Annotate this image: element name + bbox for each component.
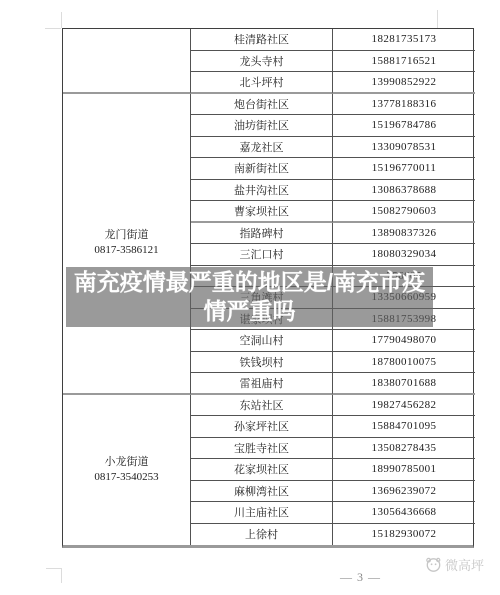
phone-cell: 15884701095 <box>333 416 475 438</box>
community-cell: 炮台街社区 <box>191 94 333 116</box>
community-cell: 川主庙社区 <box>191 502 333 524</box>
community-cell: 南新街社区 <box>191 158 333 180</box>
street-name: 龙门街道 <box>105 228 149 243</box>
community-cell: 雷祖庙村 <box>191 373 333 395</box>
street-phone: 0817-3586121 <box>94 243 158 258</box>
community-cell: 北斗坪村 <box>191 72 333 94</box>
caption-line1: 南充疫情最严重的地区是/南充市疫 <box>66 268 433 297</box>
margin-mark-bottom-left-v <box>61 568 62 583</box>
phone-cell: 13508278435 <box>333 438 475 460</box>
caption-line2: 情严重吗 <box>66 297 433 326</box>
phone-cell: 19827456282 <box>333 395 475 417</box>
street-phone: 0817-3540253 <box>94 470 158 485</box>
community-cell: 上徐村 <box>191 524 333 546</box>
community-cell: 铁钱坝村 <box>191 352 333 374</box>
community-cell: 桂清路社区 <box>191 29 333 51</box>
community-cell: 盐井沟社区 <box>191 180 333 202</box>
street-cell: 龙门街道0817-3586121 <box>63 94 191 395</box>
margin-mark-top-left-v <box>61 12 62 28</box>
community-cell: 东站社区 <box>191 395 333 417</box>
caption-overlay: 南充疫情最严重的地区是/南充市疫 情严重吗 <box>66 267 433 327</box>
phone-cell: 13990852922 <box>333 72 475 94</box>
community-cell: 龙头寺村 <box>191 51 333 73</box>
phone-cell: 18990785001 <box>333 459 475 481</box>
community-cell: 麻柳湾社区 <box>191 481 333 503</box>
street-name: 小龙街道 <box>105 455 149 470</box>
watermark-label: 微高坪 <box>445 555 484 574</box>
page-number: — 3 — <box>340 570 381 585</box>
phone-cell: 15082790603 <box>333 201 475 223</box>
margin-mark-top-right-v <box>437 10 438 28</box>
phone-cell: 13890837326 <box>333 223 475 245</box>
watermark: 微高坪 <box>425 555 484 574</box>
community-cell: 空洞山村 <box>191 330 333 352</box>
phone-cell: 15196784786 <box>333 115 475 137</box>
phone-cell: 18281735173 <box>333 29 475 51</box>
phone-cell: 15881716521 <box>333 51 475 73</box>
margin-mark-top-left-h <box>45 28 61 29</box>
phone-cell: 13696239072 <box>333 481 475 503</box>
phone-cell: 18780010075 <box>333 352 475 374</box>
community-cell: 嘉龙社区 <box>191 137 333 159</box>
phone-cell: 15182930072 <box>333 524 475 546</box>
community-cell: 油坊街社区 <box>191 115 333 137</box>
phone-cell: 13086378688 <box>333 180 475 202</box>
phone-cell: 13309078531 <box>333 137 475 159</box>
phone-cell: 15196770011 <box>333 158 475 180</box>
phone-cell: 17790498070 <box>333 330 475 352</box>
street-cell: 小龙街道0817-3540253 <box>63 395 191 546</box>
community-cell: 曹家坝社区 <box>191 201 333 223</box>
phone-cell: 18380701688 <box>333 373 475 395</box>
phone-cell: 18080329034 <box>333 244 475 266</box>
document-page: 桂清路社区18281735173龙头寺村15881716521北斗坪村13990… <box>0 0 500 595</box>
phone-cell: 13778188316 <box>333 94 475 116</box>
community-cell: 宝胜寺社区 <box>191 438 333 460</box>
community-cell: 花家坝社区 <box>191 459 333 481</box>
phone-cell: 13056436668 <box>333 502 475 524</box>
street-cell <box>63 29 191 94</box>
community-cell: 孙家坪社区 <box>191 416 333 438</box>
community-cell: 三汇口村 <box>191 244 333 266</box>
community-cell: 指路碑村 <box>191 223 333 245</box>
margin-mark-bottom-left-h <box>46 568 62 569</box>
watermark-logo-icon <box>425 556 442 573</box>
